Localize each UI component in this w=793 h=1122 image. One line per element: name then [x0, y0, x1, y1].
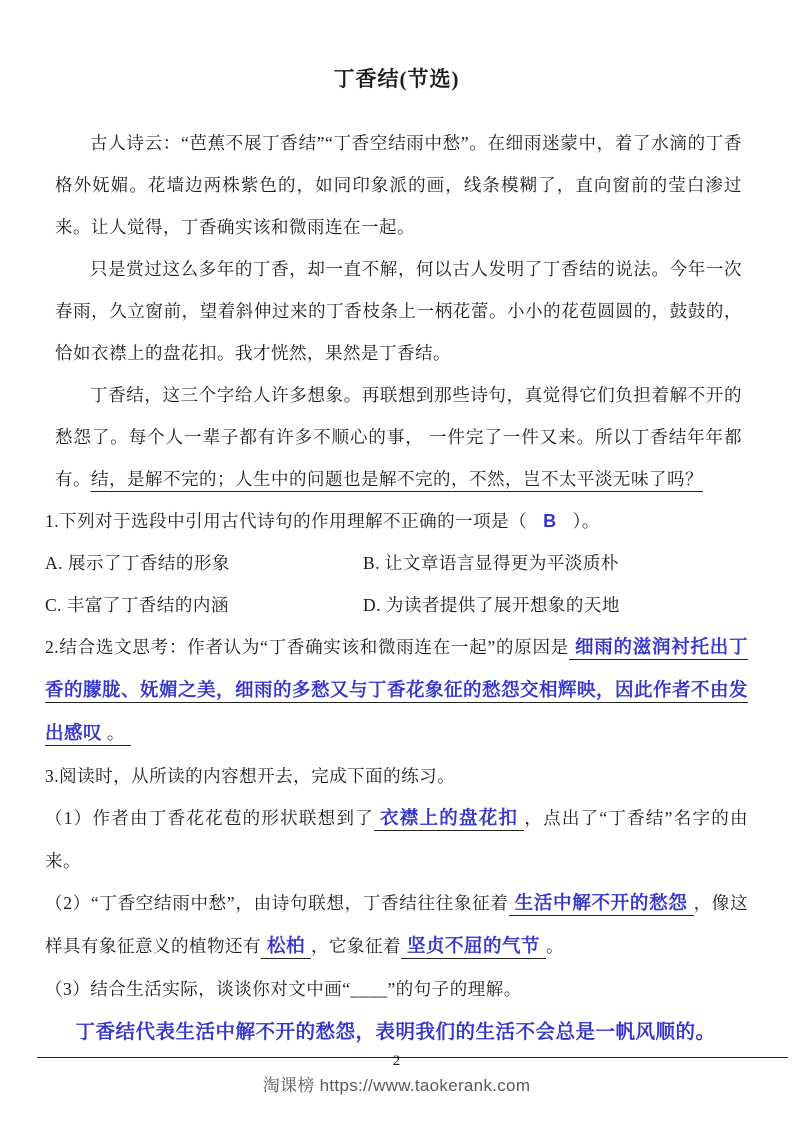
question-3-sub-2-answer-blank-1: 生活中解不开的愁怨	[509, 893, 694, 916]
question-3-sub-2-text-after: 。	[546, 936, 564, 956]
question-3-sub-2-text-mid-2: ，它象征着	[311, 936, 401, 956]
question-2-closing-period: 。	[102, 723, 125, 743]
questions-section: 1.下列对于选段中引用古代诗句的作用理解不正确的一项是（B）。 A. 展示了丁香…	[45, 500, 748, 1058]
question-1-answer: B	[543, 511, 557, 531]
question-3-sub-1-text-before: （1）作者由丁香花花苞的形状联想到了	[45, 808, 374, 828]
question-3-sub-3-answer-line: 丁香结代表生活中解不开的愁怨，表明我们的生活不会总是一帆风顺的。	[37, 1011, 788, 1058]
question-1-option-c: C. 丰富了丁香结的内涵	[45, 584, 363, 626]
question-1-option-a: A. 展示了丁香结的形象	[45, 542, 363, 584]
worksheet-content: 丁香结(节选) 古人诗云：“芭蕉不展丁香结”“丁香空结雨中愁”。在细雨迷蒙中，着…	[0, 0, 793, 1058]
passage-paragraph-2: 只是赏过这么多年的丁香，却一直不解，何以古人发明了丁香结的说法。今年一次春雨，久…	[55, 248, 742, 374]
question-3-sub-3-answer: 丁香结代表生活中解不开的愁怨，表明我们的生活不会总是一帆风顺的。	[76, 1022, 716, 1043]
question-3-sub-2-answer-2: 松柏	[267, 937, 305, 957]
question-1-text-after: ）。	[573, 511, 600, 531]
page-number: 2	[0, 1053, 793, 1070]
question-3-sub-2: （2）“丁香空结雨中愁”，由诗句联想，丁香结往往象征着生活中解不开的愁怨，像这样…	[45, 882, 748, 968]
question-3-sub-2-answer-blank-3: 坚贞不屈的气节	[401, 936, 546, 959]
question-3-sub-3: （3）结合生活实际，谈谈你对文中画“____”的句子的理解。	[45, 968, 748, 1010]
footer-watermark: 淘课榜 https://www.taokerank.com	[0, 1071, 793, 1096]
question-1-text-before: 1.下列对于选段中引用古代诗句的作用理解不正确的一项是（	[45, 511, 527, 531]
question-1-options-row-2: C. 丰富了丁香结的内涵D. 为读者提供了展开想象的天地	[45, 584, 748, 626]
worksheet-page: 丁香结(节选) 古人诗云：“芭蕉不展丁香结”“丁香空结雨中愁”。在细雨迷蒙中，着…	[0, 0, 793, 1122]
page-title: 丁香结(节选)	[45, 64, 748, 94]
question-2-stem: 2.结合选文思考：作者认为“丁香确实该和微雨连在一起”的原因是	[45, 637, 569, 657]
question-3-sub-1-answer-blank: 衣襟上的盘花扣	[374, 808, 524, 831]
question-3-sub-1-answer: 衣襟上的盘花扣	[380, 809, 518, 829]
question-1-options-row-1: A. 展示了丁香结的形象B. 让文章语言显得更为平淡质朴	[45, 542, 748, 584]
question-3-sub-3-answer-blank: 丁香结代表生活中解不开的愁怨，表明我们的生活不会总是一帆风顺的。	[37, 1011, 788, 1058]
question-2: 2.结合选文思考：作者认为“丁香确实该和微雨连在一起”的原因是细雨的滋润衬托出丁…	[45, 626, 748, 755]
question-3-stem: 3.阅读时，从所读的内容想开去，完成下面的练习。	[45, 755, 748, 797]
question-3-sub-1: （1）作者由丁香花花苞的形状联想到了衣襟上的盘花扣，点出了“丁香结”名字的由来。	[45, 797, 748, 882]
question-3-sub-2-answer-3: 坚贞不屈的气节	[407, 937, 540, 957]
passage-paragraph-3-underlined-sentence: 结，是解不完的；人生中的问题也是解不完的，不然，岂不太平淡无味了吗？	[91, 469, 703, 492]
question-3-sub-2-answer-blank-2: 松柏	[261, 936, 311, 959]
question-1-option-b: B. 让文章语言显得更为平淡质朴	[363, 553, 619, 573]
question-3-sub-2-text-before: （2）“丁香空结雨中愁”，由诗句联想，丁香结往往象征着	[45, 893, 509, 913]
passage-paragraph-3: 丁香结，这三个字给人许多想象。再联想到那些诗句，真觉得它们负担着解不开的愁怨了。…	[55, 374, 742, 500]
reading-passage: 古人诗云：“芭蕉不展丁香结”“丁香空结雨中愁”。在细雨迷蒙中，着了水滴的丁香格外…	[45, 122, 748, 500]
question-1-stem: 1.下列对于选段中引用古代诗句的作用理解不正确的一项是（B）。	[45, 500, 748, 542]
question-1-option-d: D. 为读者提供了展开想象的天地	[363, 595, 620, 615]
question-3-sub-2-answer-1: 生活中解不开的愁怨	[515, 894, 688, 914]
passage-paragraph-1: 古人诗云：“芭蕉不展丁香结”“丁香空结雨中愁”。在细雨迷蒙中，着了水滴的丁香格外…	[55, 122, 742, 248]
